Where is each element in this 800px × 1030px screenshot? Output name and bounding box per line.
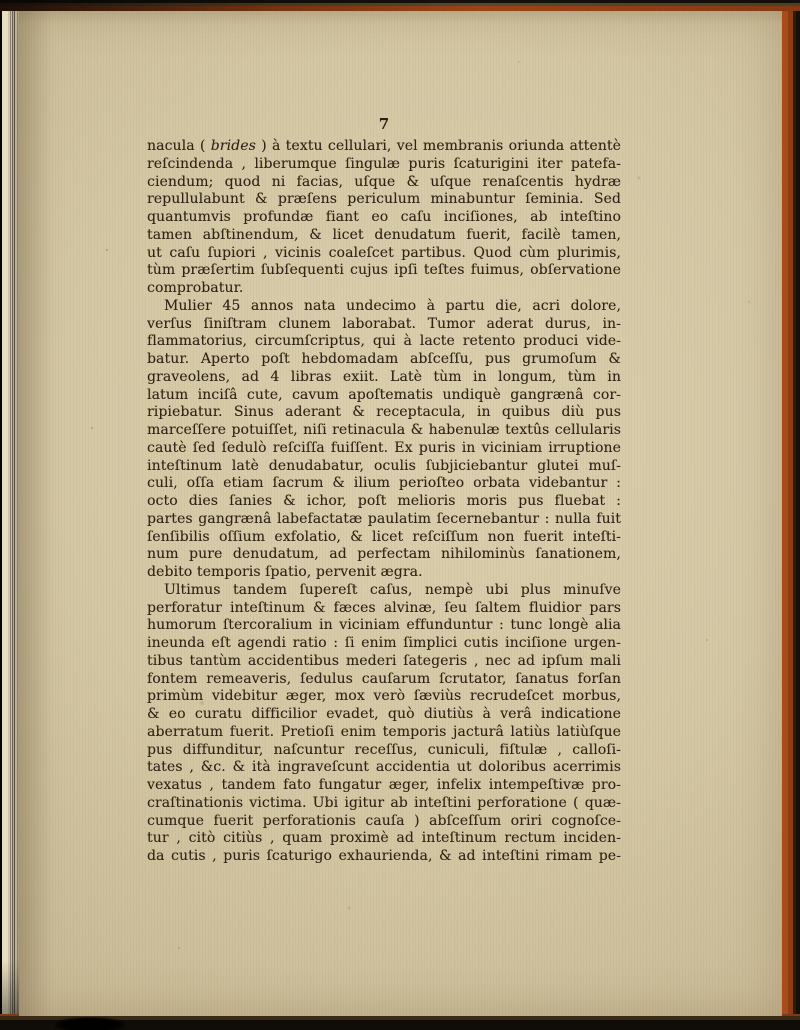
book-cover-bottom-edge (0, 1014, 800, 1030)
text-line: aberratum fuerit. Pretioſi enim temporis… (147, 724, 621, 742)
text-line: tates , &c. & ità ingraveſcunt accidenti… (147, 759, 621, 777)
text-line: octo dies ſanies & ichor, poſt melioris … (147, 493, 621, 511)
text-segment: nacula ( (147, 138, 211, 154)
text-line: latum inciſâ cute, cavum apoſtematis und… (147, 387, 621, 405)
text-line: marceſſere potuiſſet, niſi retinacula & … (147, 422, 621, 440)
text-line: batur. Aperto poſt hebdomadam abſceſſu, … (147, 351, 621, 369)
text-line: culi, oſſa etiam ſacrum & ilium perioſte… (147, 475, 621, 493)
text-line: nacula ( brides ) à textu cellulari, vel… (147, 138, 621, 156)
text-line: inteſtinum latè denudabatur, oculis ſubj… (147, 458, 621, 476)
text-line: Ultimus tandem ſupereſt caſus, nempè ubi… (147, 582, 621, 600)
text-line: humorum ſtercoralium in viciniam effundu… (147, 617, 621, 635)
text-line: comprobatur. (147, 280, 621, 298)
page-number: 7 (147, 115, 621, 133)
text-line: ciendum; quod ni facias, uſque & uſque r… (147, 174, 621, 192)
text-line: verſus ſiniſtram clunem laborabat. Tumor… (147, 316, 621, 334)
book-page: 7 nacula ( brides ) à textu cellulari, v… (19, 10, 782, 1016)
text-line: fontem remeaveris, ſedulus cauſarum ſcru… (147, 671, 621, 689)
book-scan-photo: 7 nacula ( brides ) à textu cellulari, v… (0, 0, 800, 1030)
text-line: vexatus , tandem fato fungatur æger, inf… (147, 777, 621, 795)
text-line: num pure denudatum, ad perfectam nihilom… (147, 546, 621, 564)
italic-term: brides (211, 138, 256, 154)
left-page-edges (0, 0, 20, 1022)
text-line: da cutis , puris ſcaturigo exhaurienda, … (147, 848, 621, 866)
text-line: debito temporis ſpatio, pervenit ægra. (147, 564, 621, 582)
text-block: nacula ( brides ) à textu cellulari, vel… (147, 138, 621, 866)
book-cover-top-edge (0, 0, 800, 11)
text-line: tur , citò citiùs , quam proximè ad inte… (147, 830, 621, 848)
text-line: tibus tantùm accidentibus mederi ſateger… (147, 653, 621, 671)
text-line: reſcindenda , liberumque ſingulæ puris ſ… (147, 156, 621, 174)
text-line: cautè ſed ſedulò reſciſſa fuiſſent. Ex p… (147, 440, 621, 458)
text-line: tùm præſertim ſubſequenti cujus ipſi teſ… (147, 262, 621, 280)
text-line: graveolens, ad 4 libras exiit. Latè tùm … (147, 369, 621, 387)
text-line: repullulabunt & præſens periculum minabu… (147, 191, 621, 209)
text-line: Mulier 45 annos nata undecimo à partu di… (147, 298, 621, 316)
text-line: primùm videbitur æger, mox verò ſæviùs r… (147, 688, 621, 706)
text-line: craſtinationis victima. Ubi igitur ab in… (147, 795, 621, 813)
text-line: ut caſu ſupiori , vicinis coaleſcet part… (147, 245, 621, 263)
text-line: quantumvis profundæ fiant eo caſu inciſi… (147, 209, 621, 227)
text-line: cumque fuerit perforationis cauſa ) abſc… (147, 813, 621, 831)
text-line: pus diffunditur, naſcuntur receſſus, cun… (147, 742, 621, 760)
text-line: ripiebatur. Sinus aderant & receptacula,… (147, 404, 621, 422)
text-line: ſenſibilis oſſium exfolatio, & licet reſ… (147, 529, 621, 547)
text-line: perforatur inteſtinum & fæces alvinæ, ſe… (147, 600, 621, 618)
text-segment: ) à textu cellulari, vel membranis oriun… (256, 138, 621, 154)
text-line: & eo curatu difficilior evadet, quò diut… (147, 706, 621, 724)
text-line: ineunda eſt agendi ratio : ſi enim ſimpl… (147, 635, 621, 653)
text-line: partes gangrænâ labefactatæ paulatim ſec… (147, 511, 621, 529)
text-line: flammatorius, circumſcriptus, qui à lact… (147, 333, 621, 351)
text-line: tamen abſtinendum, & licet denudatum fue… (147, 227, 621, 245)
